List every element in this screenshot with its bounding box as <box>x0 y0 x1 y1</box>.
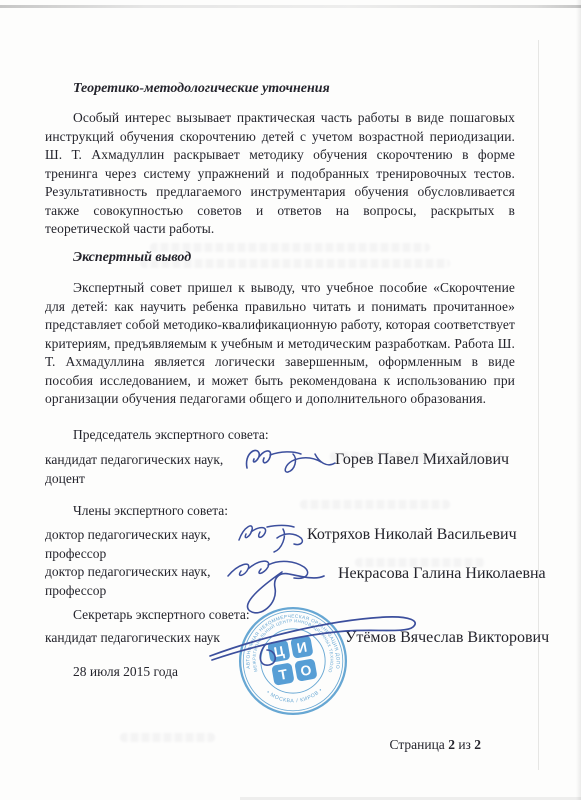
page-number-label: Страница <box>390 737 445 752</box>
member-name: Котряхов Николай Васильевич <box>307 526 517 544</box>
chairman-row: кандидат педагогических наук, доцент Гор… <box>45 451 515 491</box>
scanned-document-page: Теоретико-методологические уточнения Осо… <box>0 0 581 800</box>
secretary-degree: кандидат педагогических наук <box>45 629 260 648</box>
chairman-degree: кандидат педагогических наук, доцент <box>45 451 260 488</box>
member-name: Некрасова Галина Николаевна <box>338 565 546 583</box>
stamp-ring-text-bottom: • МОСКВА / КИРОВ • <box>265 687 324 704</box>
section-heading-conclusion: Экспертный вывод <box>45 249 543 268</box>
paper-right-shadow <box>576 0 581 800</box>
section-heading-theory: Теоретико-методологические уточнения <box>45 80 543 99</box>
member-row: доктор педагогических наук, профессор Ко… <box>45 526 515 566</box>
date-line: 28 июля 2015 года <box>45 663 543 682</box>
member-row: доктор педагогических наук, профессор Не… <box>45 563 515 603</box>
page-number-of: из <box>458 737 471 752</box>
members-title: Члены экспертного совета: <box>45 502 543 521</box>
chairman-name: Горев Павел Михайлович <box>335 451 509 469</box>
secretary-name: Утёмов Вячеслав Викторович <box>345 629 549 647</box>
scan-edge-line <box>0 5 581 8</box>
member-degree: доктор педагогических наук, профессор <box>45 526 260 563</box>
paper-crease <box>538 40 539 770</box>
paragraph-theory: Особый интерес вызывает практическая час… <box>45 109 515 239</box>
page-number-total: 2 <box>474 737 481 752</box>
paragraph-conclusion: Экспертный совет пришел к выводу, что уч… <box>45 279 515 409</box>
bleed-through-smudge <box>120 733 215 742</box>
chairman-title: Председатель экспертного совета: <box>45 426 543 445</box>
cito-round-stamp: АВТОНОМНАЯ НЕКОММЕРЧЕСКАЯ ОРГАНИЗАЦИЯ ДО… <box>237 605 349 717</box>
page-number: Страница 2 из 2 <box>390 737 482 753</box>
member-degree: доктор педагогических наук, профессор <box>45 563 260 600</box>
page-number-current: 2 <box>448 737 455 752</box>
